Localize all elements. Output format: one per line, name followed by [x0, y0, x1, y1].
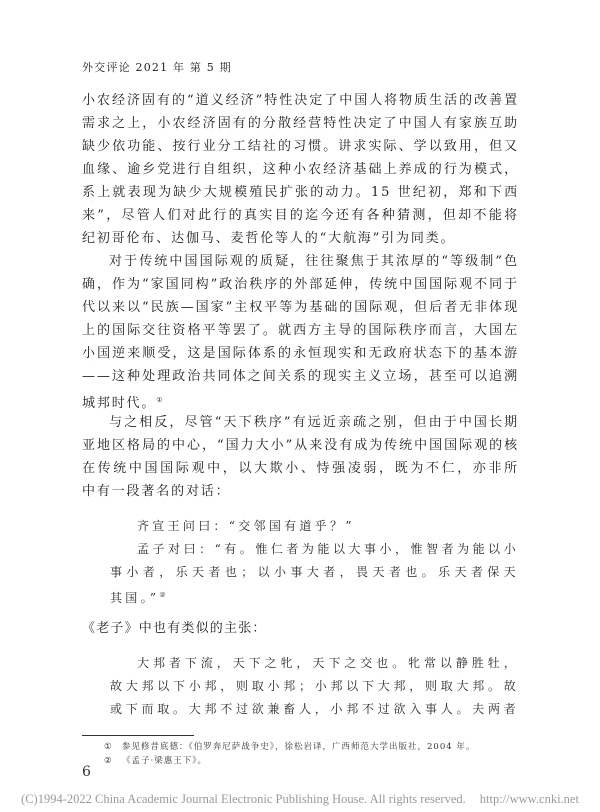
publisher-link[interactable]: http://www.cnki.net — [480, 792, 579, 806]
text-line: 上的国际交往资格平等罢了。就西方主导的国际秩序而言，大国左右格局， — [82, 323, 519, 339]
quote-line: 其国。”② — [110, 587, 519, 606]
text-line: 中有一段著名的对话： — [82, 484, 519, 500]
quote-line: 齐宣王问曰：“交邻国有道乎？” — [110, 518, 519, 534]
footnote-1: ①参见修昔底德：《伯罗奔尼萨战争史》，徐松岩译，广西师范大学出版社，2004 年… — [104, 742, 475, 753]
text-line: 对于传统中国国际观的质疑，往往聚焦于其浓厚的“等级制”色彩。的 — [82, 254, 519, 270]
text-line: 血缘、逾乡党进行自组织，这种小农经济基础上养成的行为模式，在对外关 — [82, 162, 519, 178]
text-line: 缺少依功能、按行业分工结社的习惯。讲求实际、学以致用，但又不善于跨 — [82, 139, 519, 155]
quote-line: 故大邦以下小邦，则取小邦；小邦以下大邦，则取大邦。故或下以取， — [110, 678, 519, 694]
footnote-number: ① — [104, 742, 122, 753]
text-line: 亚地区格局的中心，“国力大小”从来没有成为传统中国国际观的核心原则。 — [82, 438, 519, 454]
text-line: 确，作为“家国同构”政治秩序的外部延伸，传统中国国际观不同于西方近 — [82, 277, 519, 293]
quote-line: 或下而取。大邦不过欲兼畜人，小邦不过欲入事人。夫两者各得所欲， — [110, 701, 519, 717]
text-line: ——这种处理政治共同体之间关系的现实主义立场，甚至可以追溯到古希腊 — [82, 369, 519, 385]
text-line: 城邦时代。① — [82, 392, 519, 412]
footnote-ref-1[interactable]: ① — [156, 396, 162, 404]
quote-line-content: 其国。” — [110, 591, 159, 605]
running-head: 外交评论 2021 年 第 5 期 — [82, 59, 232, 75]
text-line: 《老子》中也有类似的主张： — [82, 621, 519, 637]
page-number: 6 — [82, 764, 91, 780]
text-line: 纪初哥伦布、达伽马、麦哲伦等人的“大航海”引为同类。 — [82, 231, 519, 247]
text-line: 代以来以“民族—国家”主权平等为基础的国际观，但后者无非体现了形式 — [82, 300, 519, 316]
text-line: 小农经济固有的“道义经济”特性决定了中国人将物质生活的改善置于精神 — [82, 93, 519, 109]
copyright-notice: (C)1994-2022 China Academic Journal Elec… — [0, 792, 600, 807]
text-line: 来”，尽管人们对此行的真实目的迄今还有各种猜测，但却不能将其与 16 世 — [82, 208, 519, 224]
text-line-content: 城邦时代。 — [82, 396, 156, 411]
text-line: 在传统中国国际观中，以大欺小、恃强凌弱，既为不仁，亦非所宜。《孟子》 — [82, 461, 519, 477]
text-line: 系上就表现为缺少大规模殖民扩张的动力。15 世纪初，郑和下西洋“厚往薄 — [82, 185, 519, 201]
text-line: 与之相反，尽管“天下秩序”有远近亲疏之别，但由于中国长期处于东 — [82, 415, 519, 431]
copyright-text: (C)1994-2022 China Academic Journal Elec… — [21, 792, 466, 806]
footnote-2: ②《孟子·梁惠王下》。 — [104, 756, 207, 767]
footnote-divider — [82, 735, 194, 736]
quote-line: 大邦者下流，天下之牝，天下之交也。牝常以静胜牡，以静为下。 — [110, 655, 519, 671]
quote-line: 事小者，乐天者也；以小事大者，畏天者也。乐天者保天下，畏天者保 — [110, 564, 519, 580]
footnote-number: ② — [104, 756, 122, 767]
text-line: 小国逆来顺受，这是国际体系的永恒现实和无政府状态下的基本游戏规则 — [82, 346, 519, 362]
journal-page: 外交评论 2021 年 第 5 期 小农经济固有的“道义经济”特性决定了中国人将… — [0, 0, 600, 812]
text-line: 需求之上，小农经济固有的分散经营特性决定了中国人有家族互助传统，但 — [82, 116, 519, 132]
footnote-text: 《孟子·梁惠王下》。 — [122, 756, 207, 766]
footnote-ref-2[interactable]: ② — [159, 591, 165, 599]
footnote-text: 参见修昔底德：《伯罗奔尼萨战争史》，徐松岩译，广西师范大学出版社，2004 年。 — [122, 742, 475, 752]
quote-line: 孟子对曰：“有。惟仁者为能以大事小，惟智者为能以小事大。以大 — [110, 541, 519, 557]
